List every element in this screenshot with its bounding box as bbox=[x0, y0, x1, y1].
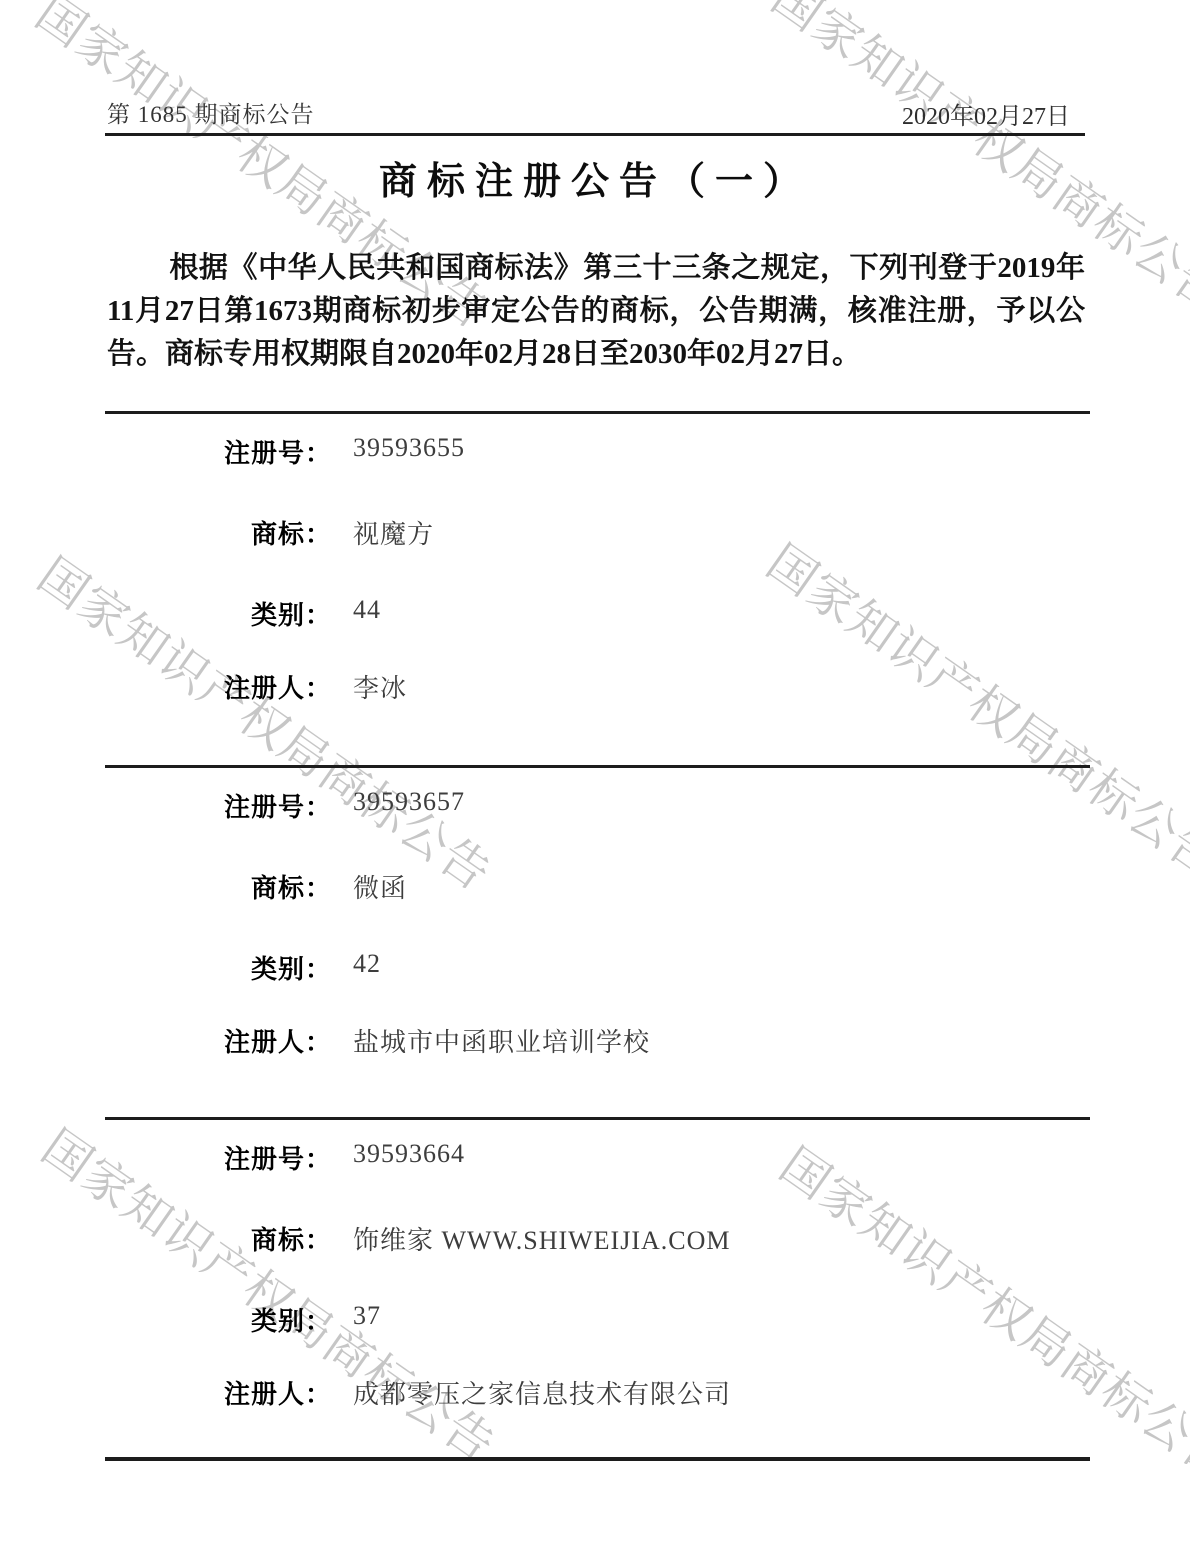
registrant-row: 注册人： 盐城市中函职业培训学校 bbox=[105, 1022, 650, 1059]
reg-no-row: 注册号： 39593664 bbox=[105, 1139, 465, 1176]
category-row: 类别： 42 bbox=[105, 949, 381, 986]
bottom-divider bbox=[105, 1457, 1090, 1461]
registrant-row: 注册人： 成都零压之家信息技术有限公司 bbox=[105, 1374, 731, 1411]
publication-date: 2020年02月27日 bbox=[902, 96, 1070, 131]
category-value: 42 bbox=[353, 949, 381, 979]
registrant-row: 注册人： 李冰 bbox=[105, 668, 407, 705]
reg-no-row: 注册号： 39593655 bbox=[105, 433, 465, 470]
registrant-label: 注册人： bbox=[105, 1022, 332, 1059]
trademark-entry: 注册号： 39593664 商标： 饰维家 WWW.SHIWEIJIA.COM … bbox=[105, 1117, 1090, 1417]
registrant-value: 李冰 bbox=[353, 668, 407, 705]
registrant-label: 注册人： bbox=[105, 1374, 332, 1411]
reg-no-value: 39593664 bbox=[353, 1139, 465, 1169]
category-value: 37 bbox=[353, 1301, 381, 1331]
registrant-value: 盐城市中函职业培训学校 bbox=[353, 1022, 650, 1059]
reg-no-label: 注册号： bbox=[105, 787, 332, 824]
reg-no-value: 39593655 bbox=[353, 433, 465, 463]
entry-divider bbox=[105, 765, 1090, 768]
page-title: 商标注册公告（一） bbox=[0, 150, 1190, 205]
category-row: 类别： 44 bbox=[105, 595, 381, 632]
reg-no-label: 注册号： bbox=[105, 1139, 332, 1176]
trademark-row: 商标： 视魔方 bbox=[105, 514, 434, 551]
trademark-label: 商标： bbox=[105, 514, 332, 551]
trademark-row: 商标： 饰维家 WWW.SHIWEIJIA.COM bbox=[105, 1220, 731, 1257]
reg-no-label: 注册号： bbox=[105, 433, 332, 470]
trademark-entry: 注册号： 39593657 商标： 微函 类别： 42 注册人： 盐城市中函职业… bbox=[105, 765, 1090, 1065]
trademark-label: 商标： bbox=[105, 1220, 332, 1257]
registrant-value: 成都零压之家信息技术有限公司 bbox=[353, 1374, 731, 1411]
trademark-value: 微函 bbox=[353, 868, 407, 905]
gazette-issue-number: 第 1685 期商标公告 bbox=[107, 96, 315, 129]
header-divider bbox=[105, 133, 1085, 136]
trademark-label: 商标： bbox=[105, 868, 332, 905]
trademark-row: 商标： 微函 bbox=[105, 868, 407, 905]
category-label: 类别： bbox=[105, 1301, 332, 1338]
reg-no-row: 注册号： 39593657 bbox=[105, 787, 465, 824]
entry-divider bbox=[105, 1117, 1090, 1120]
intro-paragraph: 根据《中华人民共和国商标法》第三十三条之规定，下列刊登于2019年11月27日第… bbox=[107, 247, 1085, 376]
category-value: 44 bbox=[353, 595, 381, 625]
trademark-entry: 注册号： 39593655 商标： 视魔方 类别： 44 注册人： 李冰 bbox=[105, 411, 1090, 711]
trademark-value: 视魔方 bbox=[353, 514, 434, 551]
registrant-label: 注册人： bbox=[105, 668, 332, 705]
category-label: 类别： bbox=[105, 949, 332, 986]
category-row: 类别： 37 bbox=[105, 1301, 381, 1338]
trademark-gazette-page: 国家知识产权局商标公告 国家知识产权局商标公告 国家知识产权局商标公告 国家知识… bbox=[0, 0, 1190, 1564]
trademark-value: 饰维家 WWW.SHIWEIJIA.COM bbox=[353, 1220, 731, 1257]
category-label: 类别： bbox=[105, 595, 332, 632]
entry-divider bbox=[105, 411, 1090, 414]
reg-no-value: 39593657 bbox=[353, 787, 465, 817]
